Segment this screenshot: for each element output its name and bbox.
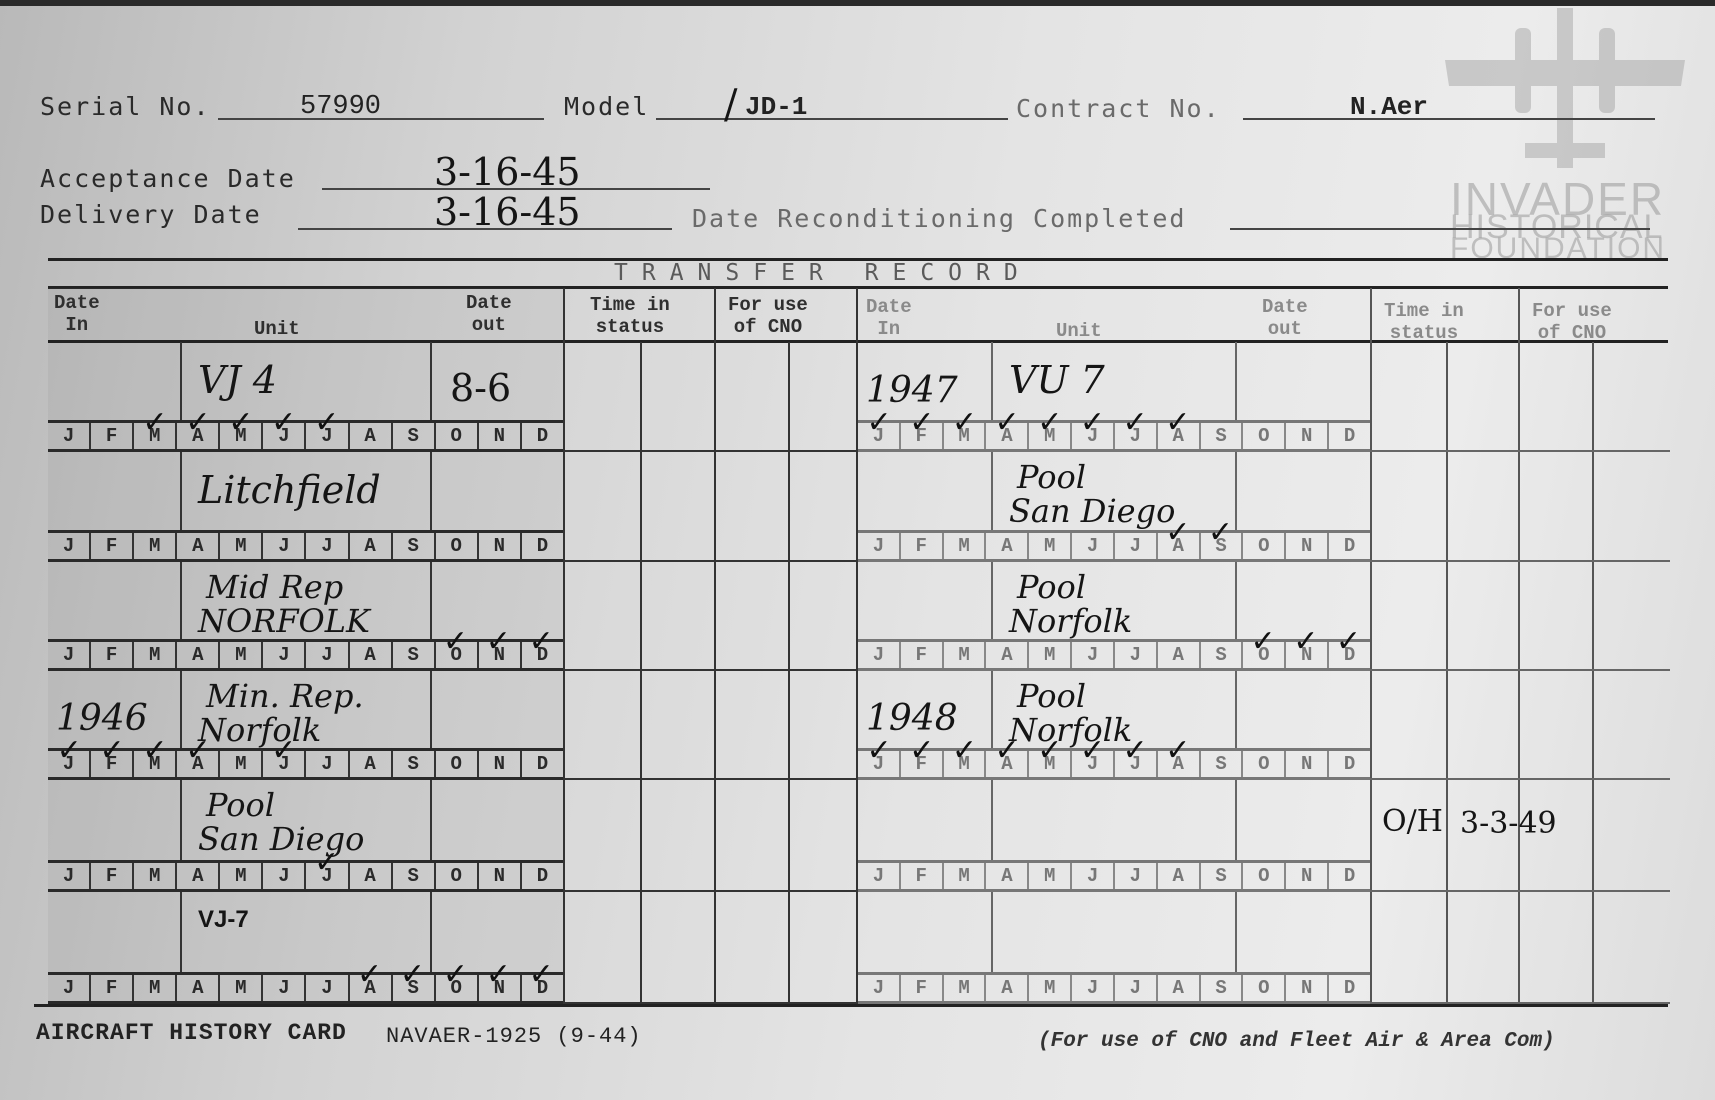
month-box-9[interactable]: O	[1243, 863, 1286, 889]
month-box-5[interactable]: J	[263, 975, 306, 1001]
month-box-5[interactable]: J	[263, 533, 306, 559]
model-strikeout-mark: /	[724, 82, 737, 128]
right-row-4-sep-unit	[991, 780, 993, 860]
month-box-1[interactable]: F	[91, 423, 134, 449]
left-row-5-sep-out	[430, 892, 432, 972]
month-box-8[interactable]: S	[1201, 863, 1244, 889]
month-box-5[interactable]: J	[1072, 533, 1115, 559]
left-row-2-sep-out	[430, 562, 432, 639]
right-row-1-sep-unit	[991, 452, 993, 530]
month-box-9[interactable]: O	[436, 423, 479, 449]
right-row-4-time-in-status: O/H	[1382, 804, 1443, 839]
month-box-7[interactable]: A	[350, 642, 393, 668]
table-bottom-rule	[34, 1004, 1668, 1007]
month-box-1[interactable]: F	[91, 975, 134, 1001]
left-row-2-unit-line1: Mid Rep	[206, 568, 343, 606]
left-row-0-sep-unit	[180, 342, 182, 420]
left-row-0-rule	[563, 450, 857, 452]
month-box-4[interactable]: M	[1029, 975, 1072, 1001]
month-box-11[interactable]: D	[522, 533, 563, 559]
right-row-3-month-strip: JFMAMJJASOND	[858, 748, 1370, 780]
month-box-6[interactable]: J	[306, 533, 349, 559]
right-row-0-date-in: 1947	[866, 370, 958, 411]
left-row-3-date-in: 1946	[56, 698, 148, 739]
contract-underline	[1243, 118, 1655, 120]
right-header-unit: Unit	[1056, 320, 1102, 342]
left-row-2-rule	[563, 669, 857, 671]
aircraft-history-card: INVADER HISTORICAL FOUNDATION Serial No.…	[0, 0, 1715, 1100]
left-row-1-unit: Litchfield	[198, 468, 381, 512]
month-box-4[interactable]: M	[1029, 642, 1072, 668]
right-row-3-unit-line1: Pool	[1017, 677, 1086, 715]
month-box-4[interactable]: M	[220, 751, 263, 777]
left-row-3-month-strip: JFMAMJJASOND	[48, 748, 563, 780]
delivery-date-value: 3-16-45	[434, 190, 581, 234]
month-box-0[interactable]: J	[48, 863, 91, 889]
footer-note: (For use of CNO and Fleet Air & Area Com…	[1038, 1030, 1555, 1053]
month-box-10[interactable]: N	[479, 423, 522, 449]
month-box-4[interactable]: M	[220, 642, 263, 668]
recond-date-label: Date Reconditioning Completed	[692, 204, 1187, 233]
right-row-0-unit: VU 7	[1009, 358, 1105, 402]
right-row-3-unit-line2: Norfolk	[1009, 711, 1132, 749]
month-box-4[interactable]: M	[220, 863, 263, 889]
month-check-icon: ✓	[57, 736, 82, 766]
left-row-1-sep-out	[430, 452, 432, 530]
month-box-5[interactable]: J	[1072, 863, 1115, 889]
left-row-0-date-out: 8-6	[450, 366, 511, 410]
month-box-10[interactable]: N	[1286, 863, 1329, 889]
month-check-icon: ✓	[1080, 408, 1105, 438]
month-box-1[interactable]: F	[901, 863, 944, 889]
month-box-10[interactable]: N	[479, 533, 522, 559]
left-row-1-rule	[563, 560, 857, 562]
vline-right-timestatus	[1370, 288, 1372, 1004]
form-title: AIRCRAFT HISTORY CARD	[36, 1020, 347, 1046]
right-row-4-month-strip: JFMAMJJASOND	[858, 860, 1370, 892]
month-box-8[interactable]: S	[1201, 423, 1244, 449]
month-box-2[interactable]: M	[944, 533, 987, 559]
month-box-3[interactable]: A	[986, 863, 1029, 889]
contract-value: N.Aer	[1350, 92, 1428, 122]
left-row-3-rule	[563, 778, 857, 780]
vline-left-timestatus	[563, 288, 565, 1004]
left-header-date-out: Dateout	[466, 292, 512, 336]
right-row-1-month-strip: JFMAMJJASOND	[858, 530, 1370, 562]
right-header-date-in: Date In	[866, 296, 912, 340]
month-box-7[interactable]: A	[350, 751, 393, 777]
month-box-9[interactable]: O	[436, 863, 479, 889]
month-box-3[interactable]: A	[177, 863, 220, 889]
month-box-2[interactable]: M	[944, 642, 987, 668]
left-header-date-in: Date In	[54, 292, 100, 336]
model-value: JD-1	[745, 92, 807, 122]
month-box-10[interactable]: N	[479, 863, 522, 889]
month-box-3[interactable]: A	[177, 642, 220, 668]
month-box-2[interactable]: M	[944, 863, 987, 889]
left-row-4-unit-line1: Pool	[206, 786, 275, 824]
month-box-6[interactable]: J	[1115, 863, 1158, 889]
month-box-11[interactable]: D	[1329, 863, 1370, 889]
model-underline	[656, 118, 1008, 120]
month-check-icon: ✓	[100, 736, 125, 766]
left-row-2-unit-line2: NORFOLK	[198, 602, 370, 640]
month-check-icon: ✓	[867, 736, 892, 766]
right-row-1-rule	[1370, 560, 1670, 562]
right-row-2-rule	[1370, 669, 1670, 671]
right-row-0-sep-out	[1235, 342, 1237, 420]
right-row-3-date-in: 1948	[866, 698, 958, 739]
right-row-0-month-strip: JFMAMJJASOND	[858, 420, 1370, 452]
model-label: Model	[564, 92, 649, 121]
month-check-icon: ✓	[1251, 627, 1276, 657]
acceptance-date-value: 3-16-45	[434, 150, 581, 194]
month-box-2[interactable]: M	[134, 863, 177, 889]
month-box-7[interactable]: A	[1158, 975, 1201, 1001]
right-header-time-status: Time instatus	[1384, 300, 1464, 344]
month-check-icon: ✓	[314, 408, 339, 438]
right-row-2-unit-line2: Norfolk	[1009, 602, 1132, 640]
month-check-icon: ✓	[1208, 518, 1233, 548]
month-box-0[interactable]: J	[48, 975, 91, 1001]
month-box-7[interactable]: A	[350, 863, 393, 889]
vline-left-time-split	[640, 342, 642, 1004]
month-box-3[interactable]: A	[986, 642, 1029, 668]
left-row-3-sep-out	[430, 671, 432, 748]
month-check-icon: ✓	[867, 408, 892, 438]
left-row-5-sep-unit	[180, 892, 182, 972]
month-check-icon: ✓	[486, 627, 511, 657]
month-check-icon: ✓	[529, 960, 554, 990]
month-box-0[interactable]: J	[858, 863, 901, 889]
month-check-icon: ✓	[1336, 627, 1361, 657]
month-check-icon: ✓	[1165, 408, 1190, 438]
month-box-11[interactable]: D	[1329, 975, 1370, 1001]
month-check-icon: ✓	[228, 408, 253, 438]
month-check-icon: ✓	[995, 408, 1020, 438]
month-box-1[interactable]: F	[91, 863, 134, 889]
month-check-icon: ✓	[142, 408, 167, 438]
month-box-9[interactable]: O	[1243, 533, 1286, 559]
right-header-cno: For useof CNO	[1532, 300, 1612, 344]
month-box-0[interactable]: J	[48, 642, 91, 668]
transfer-record-title: TRANSFER RECORD	[614, 260, 1032, 286]
left-row-0-unit: VJ 4	[198, 358, 277, 402]
month-check-icon: ✓	[271, 408, 296, 438]
serial-value: 57990	[300, 92, 381, 122]
month-box-0[interactable]: J	[858, 975, 901, 1001]
card-top-edge	[0, 0, 1715, 6]
right-row-4-sep-out	[1235, 780, 1237, 860]
month-box-2[interactable]: M	[134, 975, 177, 1001]
month-box-1[interactable]: F	[91, 533, 134, 559]
vline-right-cno-split	[1592, 342, 1594, 1004]
month-box-1[interactable]: F	[901, 975, 944, 1001]
vline-left-cno-split	[788, 342, 790, 1004]
month-box-1[interactable]: F	[901, 642, 944, 668]
month-box-11[interactable]: D	[522, 863, 563, 889]
right-row-0-rule	[1370, 450, 1670, 452]
month-box-4[interactable]: M	[1029, 863, 1072, 889]
month-box-0[interactable]: J	[858, 642, 901, 668]
vline-right-time-split	[1446, 342, 1448, 1004]
right-row-0-sep-unit	[991, 342, 993, 420]
month-box-8[interactable]: S	[1201, 642, 1244, 668]
month-box-3[interactable]: A	[986, 975, 1029, 1001]
month-box-10[interactable]: N	[479, 751, 522, 777]
month-box-5[interactable]: J	[263, 863, 306, 889]
month-box-2[interactable]: M	[134, 533, 177, 559]
left-row-4-unit-line2: San Diego	[198, 820, 364, 858]
month-box-10[interactable]: N	[1286, 975, 1329, 1001]
left-header-cno: For useof CNO	[728, 294, 808, 338]
month-box-7[interactable]: A	[1158, 863, 1201, 889]
right-row-2-sep-unit	[991, 562, 993, 639]
month-check-icon: ✓	[486, 960, 511, 990]
right-header-date-out: Dateout	[1262, 296, 1308, 340]
right-row-4-rule	[1370, 890, 1670, 892]
month-box-11[interactable]: D	[522, 751, 563, 777]
month-box-9[interactable]: O	[1243, 751, 1286, 777]
month-box-8[interactable]: S	[393, 863, 436, 889]
month-box-0[interactable]: J	[858, 533, 901, 559]
left-row-4-sep-unit	[180, 780, 182, 860]
left-header-unit: Unit	[254, 318, 300, 340]
month-box-3[interactable]: A	[177, 533, 220, 559]
vline-right-cno	[1518, 288, 1520, 1004]
right-row-1-sep-out	[1235, 452, 1237, 530]
right-row-2-unit-line1: Pool	[1017, 568, 1086, 606]
month-box-11[interactable]: D	[1329, 533, 1370, 559]
month-check-icon: ✓	[443, 627, 468, 657]
month-box-10[interactable]: N	[1286, 423, 1329, 449]
vline-left-cno	[714, 288, 716, 1004]
right-row-2-sep-out	[1235, 562, 1237, 639]
left-row-3-unit-line1: Min. Rep.	[206, 677, 364, 715]
left-header-time-status: Time instatus	[590, 294, 670, 338]
month-box-7[interactable]: A	[350, 533, 393, 559]
month-box-10[interactable]: N	[1286, 533, 1329, 559]
right-row-5-sep-unit	[991, 892, 993, 972]
month-box-0[interactable]: J	[48, 533, 91, 559]
month-box-4[interactable]: M	[220, 533, 263, 559]
month-box-6[interactable]: J	[1115, 975, 1158, 1001]
month-box-11[interactable]: D	[1329, 423, 1370, 449]
month-box-2[interactable]: M	[944, 975, 987, 1001]
month-check-icon: ✓	[1165, 736, 1190, 766]
month-check-icon: ✓	[142, 736, 167, 766]
right-row-3-rule	[1370, 778, 1670, 780]
left-row-2-sep-unit	[180, 562, 182, 639]
month-check-icon: ✓	[357, 960, 382, 990]
month-check-icon: ✓	[952, 736, 977, 766]
month-box-7[interactable]: A	[350, 423, 393, 449]
recond-underline	[1230, 228, 1650, 230]
month-box-9[interactable]: O	[1243, 423, 1286, 449]
month-box-0[interactable]: J	[48, 423, 91, 449]
month-box-8[interactable]: S	[1201, 751, 1244, 777]
delivery-date-label: Delivery Date	[40, 200, 262, 229]
month-box-9[interactable]: O	[1243, 975, 1286, 1001]
month-box-9[interactable]: O	[436, 533, 479, 559]
left-row-1-month-strip: JFMAMJJASOND	[48, 530, 563, 562]
right-row-5-month-strip: JFMAMJJASOND	[858, 972, 1370, 1004]
right-row-1-unit-line2: San Diego	[1009, 492, 1175, 530]
month-box-11[interactable]: D	[522, 423, 563, 449]
form-number: NAVAER-1925 (9-44)	[386, 1024, 642, 1049]
header-bottom-rule	[48, 340, 1668, 343]
month-check-icon: ✓	[185, 408, 210, 438]
month-check-icon: ✓	[529, 627, 554, 657]
month-box-3[interactable]: A	[986, 533, 1029, 559]
month-check-icon: ✓	[952, 408, 977, 438]
month-check-icon: ✓	[1293, 627, 1318, 657]
month-box-8[interactable]: S	[1201, 975, 1244, 1001]
month-check-icon: ✓	[443, 960, 468, 990]
right-row-5-sep-out	[1235, 892, 1237, 972]
month-box-6[interactable]: J	[306, 642, 349, 668]
month-box-2[interactable]: M	[134, 642, 177, 668]
right-row-1-unit-line1: Pool	[1017, 458, 1086, 496]
month-box-8[interactable]: S	[393, 642, 436, 668]
aircraft-silhouette-icon	[1445, 8, 1685, 168]
month-check-icon: ✓	[909, 408, 934, 438]
month-box-8[interactable]: S	[393, 533, 436, 559]
month-box-3[interactable]: A	[177, 975, 220, 1001]
month-box-8[interactable]: S	[393, 423, 436, 449]
month-box-10[interactable]: N	[1286, 751, 1329, 777]
month-box-1[interactable]: F	[901, 533, 944, 559]
contract-label: Contract No.	[1016, 94, 1221, 123]
left-row-0-month-strip: JFMAMJJASOND	[48, 420, 563, 452]
month-box-8[interactable]: S	[393, 751, 436, 777]
left-row-3-unit-line2: Norfolk	[198, 711, 321, 749]
acceptance-date-label: Acceptance Date	[40, 164, 296, 193]
month-box-6[interactable]: J	[306, 975, 349, 1001]
left-row-5-unit: VJ-7	[198, 906, 249, 934]
month-box-6[interactable]: J	[306, 751, 349, 777]
month-check-icon: ✓	[400, 960, 425, 990]
left-row-3-sep-unit	[180, 671, 182, 748]
month-check-icon: ✓	[909, 736, 934, 766]
month-check-icon: ✓	[1037, 408, 1062, 438]
month-box-5[interactable]: J	[1072, 642, 1115, 668]
month-box-5[interactable]: J	[263, 642, 306, 668]
left-row-4-month-strip: JFMAMJJASOND	[48, 860, 563, 892]
month-box-9[interactable]: O	[436, 751, 479, 777]
month-box-5[interactable]: J	[1072, 975, 1115, 1001]
left-row-0-sep-out	[430, 342, 432, 420]
right-row-4-cno: 3-3-49	[1460, 806, 1557, 841]
month-box-4[interactable]: M	[1029, 533, 1072, 559]
month-box-11[interactable]: D	[1329, 751, 1370, 777]
left-row-4-rule	[563, 890, 857, 892]
month-box-4[interactable]: M	[220, 975, 263, 1001]
month-box-1[interactable]: F	[91, 642, 134, 668]
serial-label: Serial No.	[40, 92, 211, 121]
month-check-icon: ✓	[1123, 408, 1148, 438]
month-box-6[interactable]: J	[1115, 642, 1158, 668]
right-row-3-sep-unit	[991, 671, 993, 748]
month-box-6[interactable]: J	[1115, 533, 1158, 559]
month-box-7[interactable]: A	[1158, 642, 1201, 668]
right-row-3-sep-out	[1235, 671, 1237, 748]
left-row-4-sep-out	[430, 780, 432, 860]
left-row-1-sep-unit	[180, 452, 182, 530]
